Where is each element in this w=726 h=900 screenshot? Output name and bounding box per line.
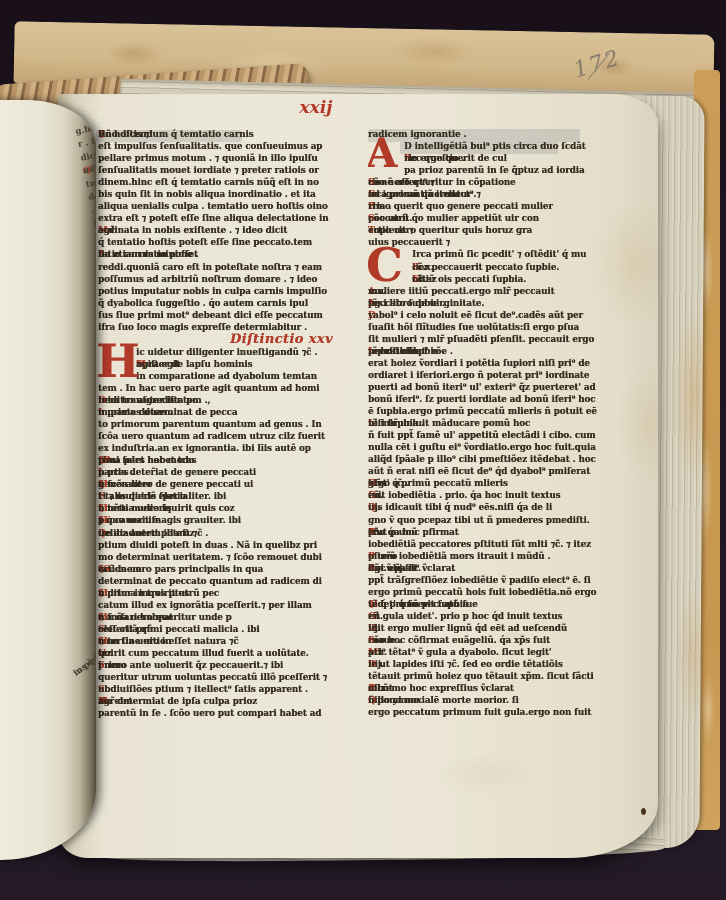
text-line: cupierit ⁊ Tertio uero queritur quis hor…	[368, 225, 640, 237]
text-line: to primorum parentum quantum ad genus . …	[98, 419, 362, 431]
text-line: fuit iobediẽtia . prio. q́a hoc inuit te…	[368, 490, 640, 502]
text-line: uius peccauerit ⁊	[368, 237, 640, 249]
text-line: generaliter ¶In ſcõa uero de genere pecc…	[98, 479, 362, 491]
text-line: xxv. A muliere iitiũ peccati.ergo mlr̃ p…	[368, 286, 640, 298]
facing-page-text-bottom: ius q̃ ſpm peccato q̃	[0, 669, 71, 740]
text-line: ergo peccatum primum fuit gula.ergo non …	[368, 707, 640, 719]
text-line: ri ⁊ mulieris ſpecialiter. ibi Et talis …	[98, 491, 362, 503]
text-line: hec queſtio . Prio ergo querit de cul	[368, 153, 640, 165]
ink-fleck	[641, 808, 646, 815]
text-line: iij. Quis idicauit tibi q́ nud⁹ eēs.niſi…	[368, 502, 640, 514]
text-line: pa prioz parentũ in ſe q̃ptuz ad iordia	[368, 165, 640, 177]
text-line: pellare primus motum . ⁊ quoniã in illo …	[98, 153, 362, 165]
text-line: puerti ad bonũ iteri⁹ ul' exteri⁹ q̃z pu…	[368, 382, 640, 394]
text-line: hoc expſſi⁹ ṽclarat Aug. ṽ p̃a Pligi.ubi…	[368, 563, 640, 575]
text-line: aliqua uenialis culpa . temtatio uero ho…	[98, 201, 362, 213]
text-line: poſſumus ad arbitriũ noſtrum domare . ⁊ …	[98, 274, 362, 286]
text-line: Initiũ ois peccati ſupbia. Et itez Ecc̃	[368, 274, 640, 286]
text-line: ē ſupbia.ergo primũ peccatũ mlieris ñ po…	[368, 406, 640, 418]
text-line: catum illud ex ignorãtia pceſſerit.⁊ per…	[98, 600, 362, 612]
text-line: niſi ſupbia . Itẽ mlr̃ uoluit mãducare p…	[368, 418, 640, 430]
text-line: Prio eim Magr̃ determiat de ipſa culpa p…	[98, 696, 362, 708]
text-line: aũt ñ erat niſi eē ſicut de⁹ q́d dyabol⁹…	[368, 466, 640, 478]
text-line: ſit mulieri ⁊ mlr̃ pſuadẽti pſenſit. pec…	[368, 334, 640, 346]
text-line: iobediẽtiã peccatores pſtituti ſũt mlti …	[368, 539, 640, 551]
text-line: Scõo q́a hoc pfirmat Ap⁹. Ro.v. Sicut p …	[368, 527, 640, 539]
text-line: rit gula uidet'. prio p hoc q́d inuit te…	[368, 611, 640, 623]
text-line: i illo ymno. Qñ pomi noxialē morte morio…	[368, 695, 640, 707]
text-line: reddi.quoniã caro eſt in poteſtate noſtr…	[98, 262, 362, 274]
text-line: peccato ſupbie . Itẽ hoc uidet' rõe . Im…	[368, 346, 640, 358]
text-line: iiij. Dic ut lapides iſti ⁊c̃. ſed eo or…	[368, 659, 640, 671]
text-line: queritur utrum uoluntas peccatũ illõ pce…	[98, 672, 362, 684]
text-line: tatio carnis minime . Alia etiam ratio p…	[98, 249, 362, 261]
text-line: Dyabol⁹ i celo noluit eē ſicut de⁹.cadẽs…	[368, 310, 640, 322]
facing-page-text: g.hoc ſimiliter.autr . ſi generale.hocdi…	[0, 126, 96, 444]
rubricated-initial: C	[368, 247, 403, 285]
text-line: ppt̃ trãſgreſſiõez iobediẽtie ṽ padiſo e…	[368, 575, 640, 587]
text-line: nulla cēt i guſtu ei⁹ ṽordiatio.ergo hoc…	[368, 442, 640, 454]
incunabulum-photograph: xxij tio hoſtis ⁊ ¶Rño dicendum q́ temta…	[0, 0, 726, 900]
text-line: ceſſerit primi peccati malicia . ibi Sol…	[98, 624, 362, 636]
text-line: iij. Uidit ergo mulier lignũ q́d eēt ad …	[368, 623, 640, 635]
text-line: ptium diuidi poteſt in duas . Nã in quel…	[98, 540, 362, 552]
text-line: ex induſtria.an ex ignorantia. ibi līis …	[98, 443, 362, 455]
text-line: ordiaret i iferiori.ergo ñ poterat pri⁹ …	[368, 370, 640, 382]
facing-page-text-line: ius q̃ ſp	[0, 669, 71, 740]
text-line: ordinata in nobis exiſtente . ⁊ ideo dic…	[98, 225, 362, 237]
text-line: tẽtauit primũ hoiez quo tẽtauit xp̃m. ſi…	[368, 671, 640, 683]
text-line: tionẽ affect⁹.⁊ Scõo uero queritur in cõ…	[368, 177, 640, 189]
text-line: q̃ dyabolica ſuggeſtio . q́o autem carni…	[98, 298, 362, 310]
rubricated-initial: A	[368, 138, 397, 171]
text-line: determinat de peccato quantum ad radicem…	[98, 576, 362, 588]
running-head: xxij	[276, 98, 356, 120]
text-line: ñ fuit ppt̃ famẽ ul' appetitũ electãdi i…	[368, 430, 640, 442]
text-line: bonũ iferi⁹. ſz puerti iordiate ad bonũ …	[368, 394, 640, 406]
text-line: p unũ iobediẽtiã mors itrauit i mũdũ . P…	[368, 551, 640, 563]
text-line: erat hoiez ṽordiari i potẽtia ſupiori ni…	[368, 358, 640, 370]
text-column-right: radicem ignorantie .D intelligẽtiã bui⁹ …	[368, 129, 640, 723]
text-line: bis quin ſit in nobis aliqua inordinatio…	[98, 189, 362, 201]
text-line: Subdiuiſiões ptium ⁊ itellect⁹ ſatis app…	[98, 684, 362, 696]
text-line: dinem.hinc eſt q́ temtatio carnis nũq̃ e…	[98, 177, 362, 189]
text-line: D intelligẽtiã bui⁹ ptis circa duo ſcdãt	[368, 141, 640, 153]
text-line: radicem ignorantie .	[368, 129, 640, 141]
text-line: uidet' q́ fuerit ſupbia ¶Itẽ q́ primũ pe…	[368, 599, 640, 611]
text-line: pri⁹ tẽtat⁹ ṽ gula a dyabolo. ſicut legi…	[368, 647, 640, 659]
text-line: i mẽte mulieris ¶In tertia uero iquirit …	[98, 503, 362, 515]
text-line: peccato ſupbie . Itẽ Aug.i libro de uirg…	[368, 298, 640, 310]
text-line: uiditur in tres ptes ¶In prima inquirit …	[98, 588, 362, 600]
recto-page: xxij tio hoſtis ⁊ ¶Rño dicendum q́ temta…	[58, 94, 658, 858]
text-line: ſus ſiue primi mot⁹ debeant dici eſſe pe…	[98, 310, 362, 322]
text-line: tationem ¶Secũda uero pars principalis i…	[98, 564, 362, 576]
text-line: Irca primũ ſic pcedit' ⁊ oſtẽdit' q́ mu	[368, 249, 640, 261]
text-line: gno ṽ quo pcepaz tibi ut ñ pmederes pmed…	[368, 515, 640, 527]
text-line: eſt impulſus ſenſualitatis. que conſueui…	[98, 141, 362, 153]
text-line: q́ tentatio hoſtis poteſt eſſe ſine pecc…	[98, 237, 362, 249]
text-line: ſcõa uero quantum ad radicem utruz cilz …	[98, 431, 362, 443]
text-line: ergo primũ peccatũ hois fuit iobediẽtia.…	[368, 587, 640, 599]
text-line: tria . Primo querit quo genere peccati m…	[368, 201, 640, 213]
text-line: ſenſualitatis mouet iordiate ⁊ preter ra…	[98, 165, 362, 177]
text-line: potius imputatur nobis in culpa carnis i…	[98, 286, 362, 298]
text-line: peccauerit magis grauiter. ibi ¶Ex quo m…	[98, 515, 362, 527]
text-line: partes . In pria deter̃iat de genere pec…	[98, 467, 362, 479]
text-line: parentũ in ſe . ſcõo uero put compari ha…	[98, 708, 362, 720]
text-line: in partes duas . In prima determinat de …	[98, 407, 362, 419]
text-line: ergo ⁊c̃ . Sʒ ɔ̃. Uidet' q́ primũ peccat…	[368, 478, 640, 490]
text-line: excuſari habeat ¶In ſcõa uero queritur u…	[98, 612, 362, 624]
text-line: ad ignorantiã itellect⁹.⁊ Circa primũ qu…	[368, 189, 640, 201]
text-line: dicũt Poſtremo hoc expreſſius ṽclarat Am…	[368, 683, 640, 695]
text-line: quirit cum peccatum illud fuerit a uolũt…	[98, 648, 362, 660]
text-line: mo determinat ueritatem. ⁊ ſcõo remouet …	[98, 552, 362, 564]
text-line: primo ante uoluerit q̃z peccauerit.⁊ ibi…	[98, 660, 362, 672]
text-line: lier peccauerit peccato ſupbie. Ecc̃.x.	[368, 262, 640, 274]
text-line: ſte aiaduerti poteſt ⁊c̃ . Quelibz autem…	[98, 528, 362, 540]
facing-page-text-line: m peccato q̃	[0, 669, 71, 740]
text-line: nem tranſgredientem ., Diuiditur autez i…	[98, 395, 362, 407]
rubricated-initial: H	[98, 343, 139, 381]
text-line: ſuaue . Scõo hoc cõfirmat euãgeliũ. q́a …	[368, 635, 640, 647]
text-line: poni ſolet hoc modo ¶Prima pars habet tr…	[98, 455, 362, 467]
text-line: cum ſine uitio eſſet natura ⁊c̃ ¶In tert…	[98, 636, 362, 648]
facing-page-edge: g.hoc ſimiliter.autr . ſi generale.hocdi…	[0, 100, 96, 860]
text-line: tio hoſtis ⁊ ¶Rño dicendum q́ temtatio c…	[98, 129, 362, 141]
text-line: aliq̃d ſpãale p illo⁹ cibi pmeſtiõez itẽ…	[368, 454, 640, 466]
text-column-left: tio hoſtis ⁊ ¶Rño dicendum q́ temtatio c…	[98, 129, 362, 723]
text-line: extra eſt ⁊ poteſt eſſe ſine aliqua dele…	[98, 213, 362, 225]
text-line: peccauit. Scõo utrũ q́o mulier appetiũt …	[368, 213, 640, 225]
text-line: ſuaſit hõi ſiĩtudies ſue uolũtatis:ſi er…	[368, 322, 640, 334]
